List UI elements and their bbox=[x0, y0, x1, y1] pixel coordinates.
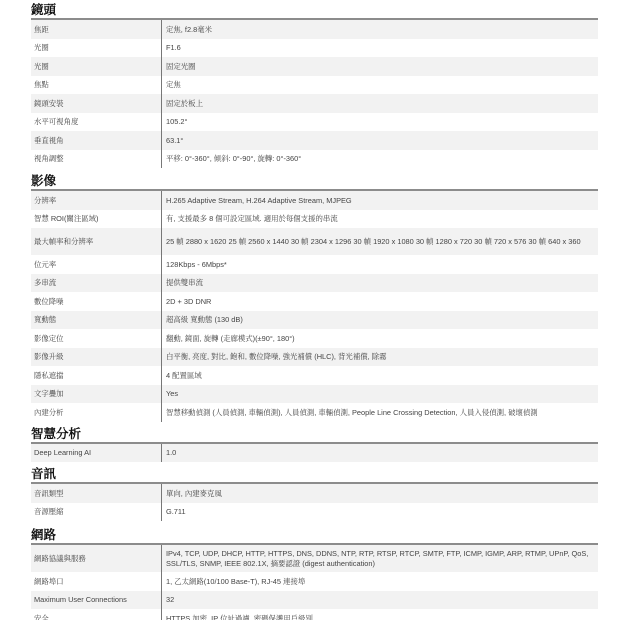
image-spec-table: 分辨率H.265 Adaptive Stream, H.264 Adaptive… bbox=[31, 189, 598, 422]
spec-value: 提供雙串流 bbox=[162, 274, 599, 293]
spec-value: 固定於板上 bbox=[162, 94, 599, 113]
table-row: 網路協議與服務IPv4, TCP, UDP, DHCP, HTTP, HTTPS… bbox=[31, 544, 598, 572]
spec-value: 定焦, f2.8毫米 bbox=[162, 19, 599, 39]
spec-value: 63.1° bbox=[162, 131, 599, 150]
table-row: 多串流提供雙串流 bbox=[31, 274, 598, 293]
spec-value: 平移: 0°-360°, 傾斜: 0°-90°, 旋轉: 0°-360° bbox=[162, 150, 599, 169]
smart-analytics-spec-table: Deep Learning AI1.0 bbox=[31, 442, 598, 463]
table-row: 分辨率H.265 Adaptive Stream, H.264 Adaptive… bbox=[31, 190, 598, 210]
table-row: 視角調整平移: 0°-360°, 傾斜: 0°-90°, 旋轉: 0°-360° bbox=[31, 150, 598, 169]
spec-value: 32 bbox=[162, 591, 599, 610]
network-spec-table: 網路協議與服務IPv4, TCP, UDP, DHCP, HTTP, HTTPS… bbox=[31, 543, 598, 620]
spec-label: 文字疊加 bbox=[31, 385, 162, 404]
spec-value: G.711 bbox=[162, 503, 599, 522]
spec-label: 網路協議與服務 bbox=[31, 544, 162, 572]
table-row: Maximum User Connections32 bbox=[31, 591, 598, 610]
lens-spec-table: 焦距定焦, f2.8毫米 光圈F1.6 光圈固定光圈 焦點定焦 鏡頭安裝固定於板… bbox=[31, 18, 598, 168]
spec-label: 水平可視角度 bbox=[31, 113, 162, 132]
table-row: 智慧 ROI(關注區域)有, 支援最多 8 個可設定區域. 適用於每個支援的串流 bbox=[31, 210, 598, 229]
spec-label: 寬動態 bbox=[31, 311, 162, 330]
table-row: 鏡頭安裝固定於板上 bbox=[31, 94, 598, 113]
table-row: 內建分析智慧移動偵測 (人員偵測, 車輛偵測), 人員偵測, 車輛偵測, Peo… bbox=[31, 403, 598, 422]
table-row: 水平可視角度105.2° bbox=[31, 113, 598, 132]
spec-value: 有, 支援最多 8 個可設定區域. 適用於每個支援的串流 bbox=[162, 210, 599, 229]
spec-value: 1, 乙太網路(10/100 Base-T), RJ-45 連接埠 bbox=[162, 572, 599, 591]
spec-label: 數位降噪 bbox=[31, 292, 162, 311]
spec-value: 翻動, 鏡面, 旋轉 (走廊模式)(±90°, 180°) bbox=[162, 329, 599, 348]
table-row: 最大幀率和分辨率25 幀 2880 x 1620 25 幀 2560 x 144… bbox=[31, 228, 598, 255]
spec-label: 智慧 ROI(關注區域) bbox=[31, 210, 162, 229]
spec-value: 單向, 內建麥克風 bbox=[162, 483, 599, 503]
section-title-lens: 鏡頭 bbox=[31, 1, 598, 18]
spec-value: 智慧移動偵測 (人員偵測, 車輛偵測), 人員偵測, 車輛偵測, People … bbox=[162, 403, 599, 422]
spec-label: 垂直視角 bbox=[31, 131, 162, 150]
spec-value: IPv4, TCP, UDP, DHCP, HTTP, HTTPS, DNS, … bbox=[162, 544, 599, 572]
spec-label: 多串流 bbox=[31, 274, 162, 293]
table-row: 網路埠口1, 乙太網路(10/100 Base-T), RJ-45 連接埠 bbox=[31, 572, 598, 591]
spec-sheet: 鏡頭 焦距定焦, f2.8毫米 光圈F1.6 光圈固定光圈 焦點定焦 鏡頭安裝固… bbox=[31, 0, 598, 620]
section-title-network: 網路 bbox=[31, 526, 598, 543]
spec-value: 固定光圈 bbox=[162, 57, 599, 76]
spec-label: 焦點 bbox=[31, 76, 162, 95]
spec-value: 128Kbps - 6Mbps* bbox=[162, 255, 599, 274]
spec-value: F1.6 bbox=[162, 39, 599, 58]
table-row: 影像升級白平衡, 亮度, 對比, 飽和, 數位降噪, 強光補償 (HLC), 背… bbox=[31, 348, 598, 367]
table-row: 光圈固定光圈 bbox=[31, 57, 598, 76]
audio-spec-table: 音訊類型單向, 內建麥克風 音源壓縮G.711 bbox=[31, 482, 598, 521]
table-row: 數位降噪2D + 3D DNR bbox=[31, 292, 598, 311]
spec-label: 分辨率 bbox=[31, 190, 162, 210]
table-row: 焦距定焦, f2.8毫米 bbox=[31, 19, 598, 39]
table-row: 隱私遮擋4 配置區域 bbox=[31, 366, 598, 385]
table-row: 安全HTTPS 加密, IP 位址過濾, 密碼保護用戶級別 bbox=[31, 609, 598, 620]
spec-value: H.265 Adaptive Stream, H.264 Adaptive St… bbox=[162, 190, 599, 210]
spec-label: Maximum User Connections bbox=[31, 591, 162, 610]
spec-label: 影像升級 bbox=[31, 348, 162, 367]
table-row: 音訊類型單向, 內建麥克風 bbox=[31, 483, 598, 503]
table-row: 焦點定焦 bbox=[31, 76, 598, 95]
spec-label: 隱私遮擋 bbox=[31, 366, 162, 385]
spec-label: 影像定位 bbox=[31, 329, 162, 348]
table-row: 音源壓縮G.711 bbox=[31, 503, 598, 522]
table-row: 位元率128Kbps - 6Mbps* bbox=[31, 255, 598, 274]
spec-value: 2D + 3D DNR bbox=[162, 292, 599, 311]
spec-value: 1.0 bbox=[162, 443, 599, 463]
spec-label: 光圈 bbox=[31, 39, 162, 58]
spec-value: 定焦 bbox=[162, 76, 599, 95]
spec-label: 視角調整 bbox=[31, 150, 162, 169]
spec-label: 位元率 bbox=[31, 255, 162, 274]
spec-label: 內建分析 bbox=[31, 403, 162, 422]
spec-label: Deep Learning AI bbox=[31, 443, 162, 463]
spec-label: 光圈 bbox=[31, 57, 162, 76]
spec-value: HTTPS 加密, IP 位址過濾, 密碼保護用戶級別 bbox=[162, 609, 599, 620]
table-row: 寬動態超高級 寬動態 (130 dB) bbox=[31, 311, 598, 330]
spec-value: 4 配置區域 bbox=[162, 366, 599, 385]
spec-value: 白平衡, 亮度, 對比, 飽和, 數位降噪, 強光補償 (HLC), 背光補償,… bbox=[162, 348, 599, 367]
table-row: 光圈F1.6 bbox=[31, 39, 598, 58]
spec-value: 超高級 寬動態 (130 dB) bbox=[162, 311, 599, 330]
table-row: Deep Learning AI1.0 bbox=[31, 443, 598, 463]
table-row: 影像定位翻動, 鏡面, 旋轉 (走廊模式)(±90°, 180°) bbox=[31, 329, 598, 348]
spec-label: 焦距 bbox=[31, 19, 162, 39]
spec-label: 音訊類型 bbox=[31, 483, 162, 503]
section-title-audio: 音訊 bbox=[31, 465, 598, 482]
spec-value: 25 幀 2880 x 1620 25 幀 2560 x 1440 30 幀 2… bbox=[162, 228, 599, 255]
spec-value: 105.2° bbox=[162, 113, 599, 132]
spec-label: 安全 bbox=[31, 609, 162, 620]
section-title-image: 影像 bbox=[31, 172, 598, 189]
section-title-smart-analytics: 智慧分析 bbox=[31, 425, 598, 442]
table-row: 垂直視角63.1° bbox=[31, 131, 598, 150]
spec-label: 網路埠口 bbox=[31, 572, 162, 591]
spec-label: 鏡頭安裝 bbox=[31, 94, 162, 113]
spec-label: 最大幀率和分辨率 bbox=[31, 228, 162, 255]
table-row: 文字疊加Yes bbox=[31, 385, 598, 404]
spec-label: 音源壓縮 bbox=[31, 503, 162, 522]
spec-value: Yes bbox=[162, 385, 599, 404]
